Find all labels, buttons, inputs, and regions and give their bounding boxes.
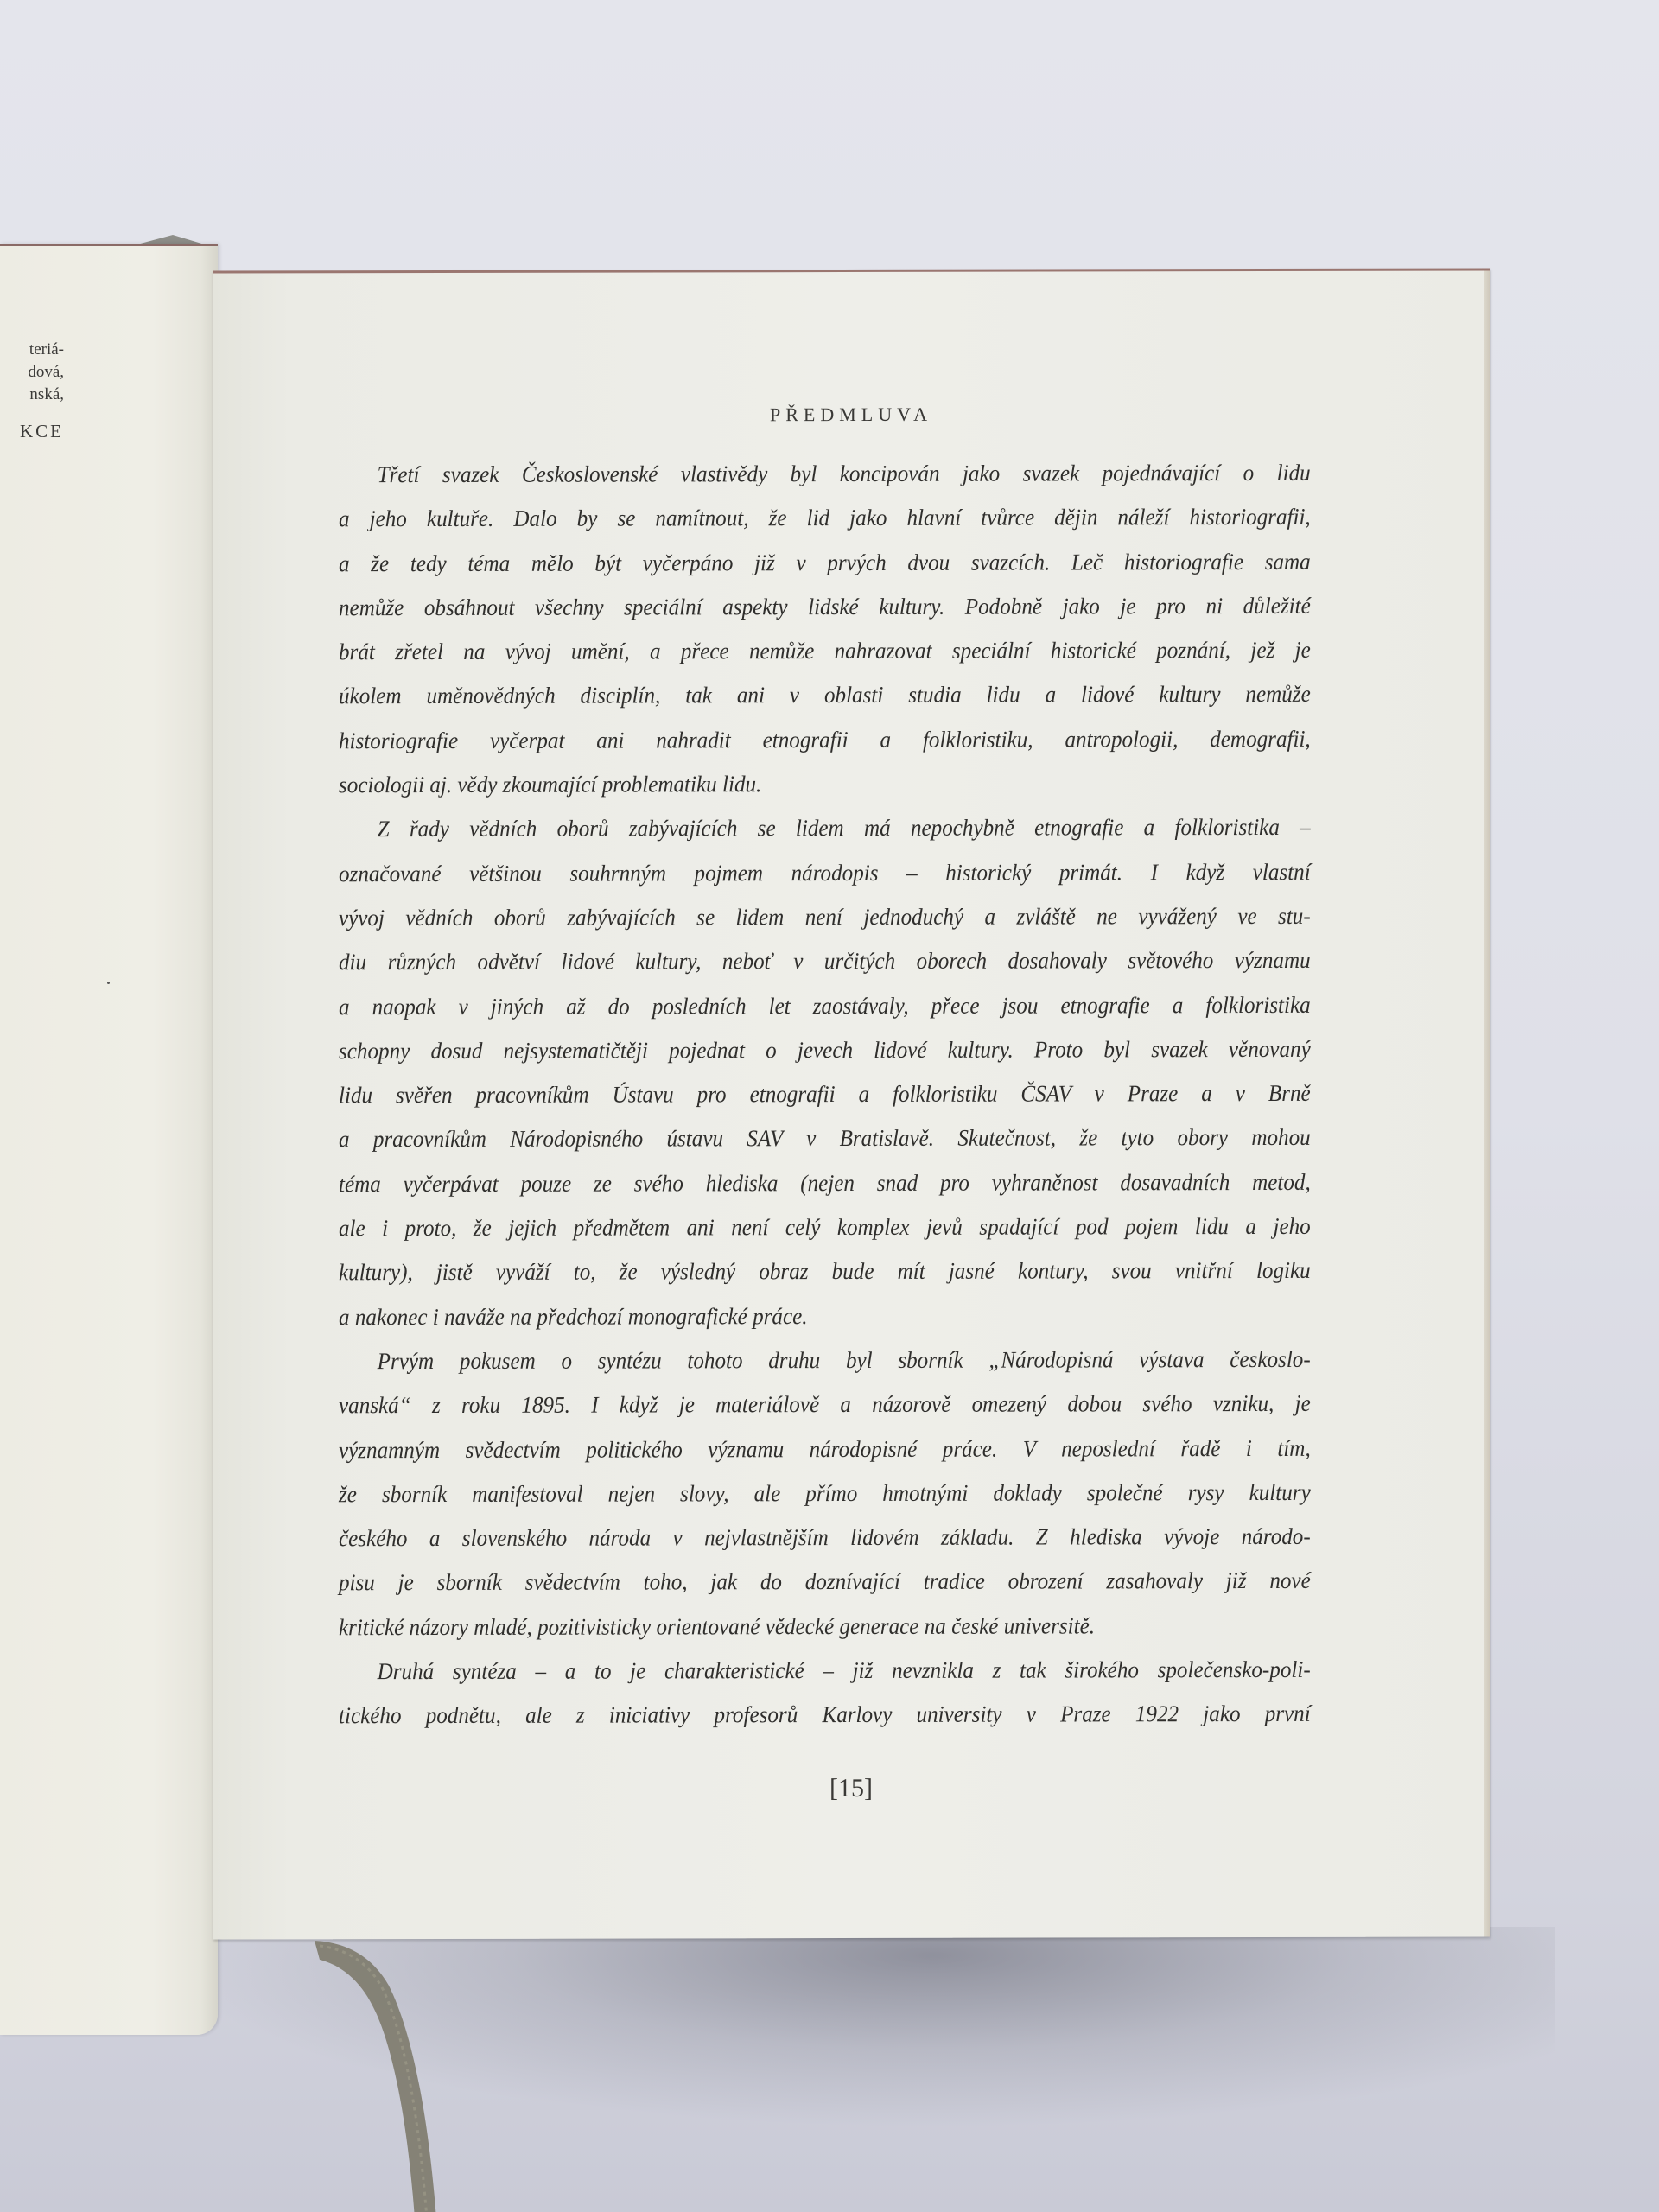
left-fragment: dová, (0, 361, 64, 384)
right-page: PŘEDMLUVA Třetí svazek Československé vl… (213, 268, 1490, 1939)
text-line: úkolem uměnovědných disciplín, tak ani v… (339, 672, 1311, 719)
paragraph: Prvým pokusem o syntézu tohoto druhu byl… (339, 1338, 1311, 1649)
page-edge (1484, 270, 1490, 1936)
left-page (0, 244, 218, 2035)
text-line: a jeho kultuře. Dalo by se namítnout, že… (339, 495, 1311, 542)
paragraph: Z řady vědních oborů zabývajících se lid… (339, 805, 1311, 1339)
left-caps-fragment: KCE (0, 420, 64, 442)
text-line: a nakonec i naváže na předchozí monograf… (339, 1294, 1311, 1340)
text-line: a naopak v jiných až do posledních let z… (339, 982, 1311, 1029)
text-line: tického podnětu, ale z iniciativy profes… (339, 1692, 1311, 1738)
text-line: brát zřetel na vývoj umění, a přece nemů… (339, 628, 1311, 675)
left-page-mark (107, 982, 110, 984)
text-line: Třetí svazek Československé vlastivědy b… (339, 451, 1311, 498)
bookmark-ribbon (311, 1934, 536, 2212)
page-heading: PŘEDMLUVA (213, 402, 1490, 427)
left-page-text: teriá- dová, nská, KCE (0, 339, 64, 442)
text-line: Prvým pokusem o syntézu tohoto druhu byl… (339, 1338, 1311, 1384)
text-line: ale i proto, že jejich předmětem ani nen… (339, 1205, 1311, 1251)
text-line: historiografie vyčerpat ani nahradit etn… (339, 717, 1311, 764)
text-line: českého a slovenského národa v nejvlastn… (339, 1515, 1311, 1561)
text-line: vanská“ z roku 1895. I když je materiálo… (339, 1382, 1311, 1428)
text-line: kultury), jistě vyváží to, že výsledný o… (339, 1249, 1311, 1295)
text-line: pisu je sborník svědectvím toho, jak do … (339, 1559, 1311, 1605)
text-line: významným svědectvím politického významu… (339, 1426, 1311, 1472)
body-text: Třetí svazek Československé vlastivědy b… (339, 451, 1311, 1738)
left-fragment: teriá- (0, 339, 64, 361)
text-line: schopny dosud nejsystematičtěji pojednat… (339, 1027, 1311, 1074)
text-line: lidu svěřen pracovníkům Ústavu pro etnog… (339, 1071, 1311, 1118)
text-line: označované většinou souhrnným pojmem nár… (339, 850, 1311, 897)
text-line: vývoj vědních oborů zabývajících se lide… (339, 894, 1311, 941)
paragraph: Druhá syntéza – a to je charakteristické… (339, 1648, 1311, 1738)
text-line: že sborník manifestoval nejen slovy, ale… (339, 1471, 1311, 1517)
text-line: Z řady vědních oborů zabývajících se lid… (339, 805, 1311, 852)
text-line: sociologii aj. vědy zkoumající problemat… (339, 761, 1311, 808)
left-fragment: nská, (0, 384, 64, 406)
text-line: Druhá syntéza – a to je charakteristické… (339, 1648, 1311, 1694)
page-number: [15] (213, 1772, 1490, 1804)
text-line: kritické názory mladé, pozitivisticky or… (339, 1604, 1311, 1650)
text-line: téma vyčerpávat pouze ze svého hlediska … (339, 1160, 1311, 1207)
text-line: a pracovníkům Národopisného ústavu SAV v… (339, 1116, 1311, 1162)
text-line: nemůže obsáhnout všechny speciální aspek… (339, 584, 1311, 631)
text-line: diu různých odvětví lidové kultury, nebo… (339, 938, 1311, 985)
paragraph: Třetí svazek Československé vlastivědy b… (339, 451, 1311, 808)
text-line: a že tedy téma mělo být vyčerpáno již v … (339, 539, 1311, 586)
